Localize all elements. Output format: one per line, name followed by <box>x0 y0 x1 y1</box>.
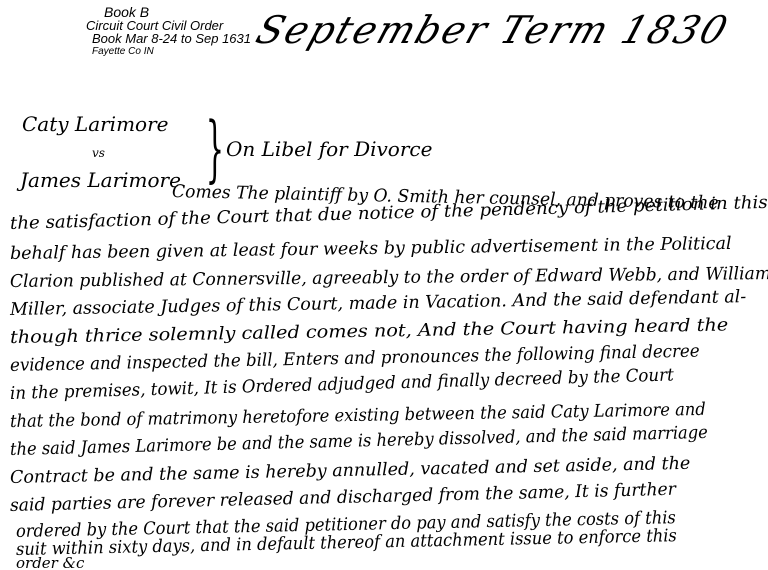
caption-brace: } <box>206 112 224 184</box>
archive-note: Book B Circuit Court Civil Order Book Ma… <box>86 6 251 58</box>
versus-label: vs <box>92 146 105 160</box>
defendant-name: James Larimore <box>20 168 181 192</box>
archive-note-date-range: Book Mar 8-24 to Sep 1631 <box>86 32 251 45</box>
plaintiff-name: Caty Larimore <box>22 112 168 136</box>
term-heading: September Term 1830 <box>251 8 735 52</box>
body-line-3: behalf has been given at least four week… <box>10 234 732 264</box>
body-line-5: Miller, associate Judges of this Court, … <box>10 287 747 320</box>
archive-note-county: Fayette Co IN <box>86 45 251 58</box>
court-order-document: Book B Circuit Court Civil Order Book Ma… <box>0 0 768 570</box>
body-line-15: order &c <box>16 554 84 570</box>
case-type: On Libel for Divorce <box>226 137 432 161</box>
